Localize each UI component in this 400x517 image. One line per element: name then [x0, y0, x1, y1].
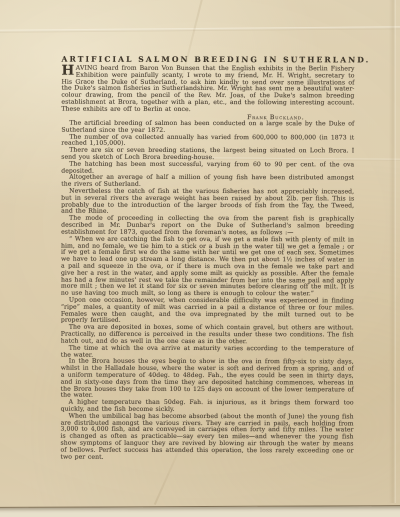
paragraph: In the Brora houses the eyes begin to sh…: [61, 359, 354, 401]
paragraph: Upon one occasion, however, when conside…: [61, 298, 354, 326]
paragraph: Nevertheless the catch of fish at the va…: [61, 189, 354, 217]
scanned-document-page: ARTIFICIAL SALMON BREEDING IN SUTHERLAND…: [0, 0, 400, 517]
intro-paragraph: HAVING heard from Baron Von Bunsen that …: [61, 66, 354, 114]
paragraph: The mode of proceeding in collecting the…: [61, 216, 354, 237]
intro-text: AVING heard from Baron Von Bunsen that t…: [61, 65, 354, 113]
article: ARTIFICIAL SALMON BREEDING IN SUTHERLAND…: [60, 55, 354, 462]
paragraph: When the umbilical bag has become absorb…: [60, 413, 353, 461]
article-title: ARTIFICIAL SALMON BREEDING IN SUTHERLAND…: [62, 55, 355, 65]
drop-cap: H: [61, 66, 75, 78]
paragraph: The ova are deposited in boxes, some of …: [61, 325, 354, 346]
quoted-foreman-notes: “ When we are catching the fish to get o…: [61, 236, 354, 298]
